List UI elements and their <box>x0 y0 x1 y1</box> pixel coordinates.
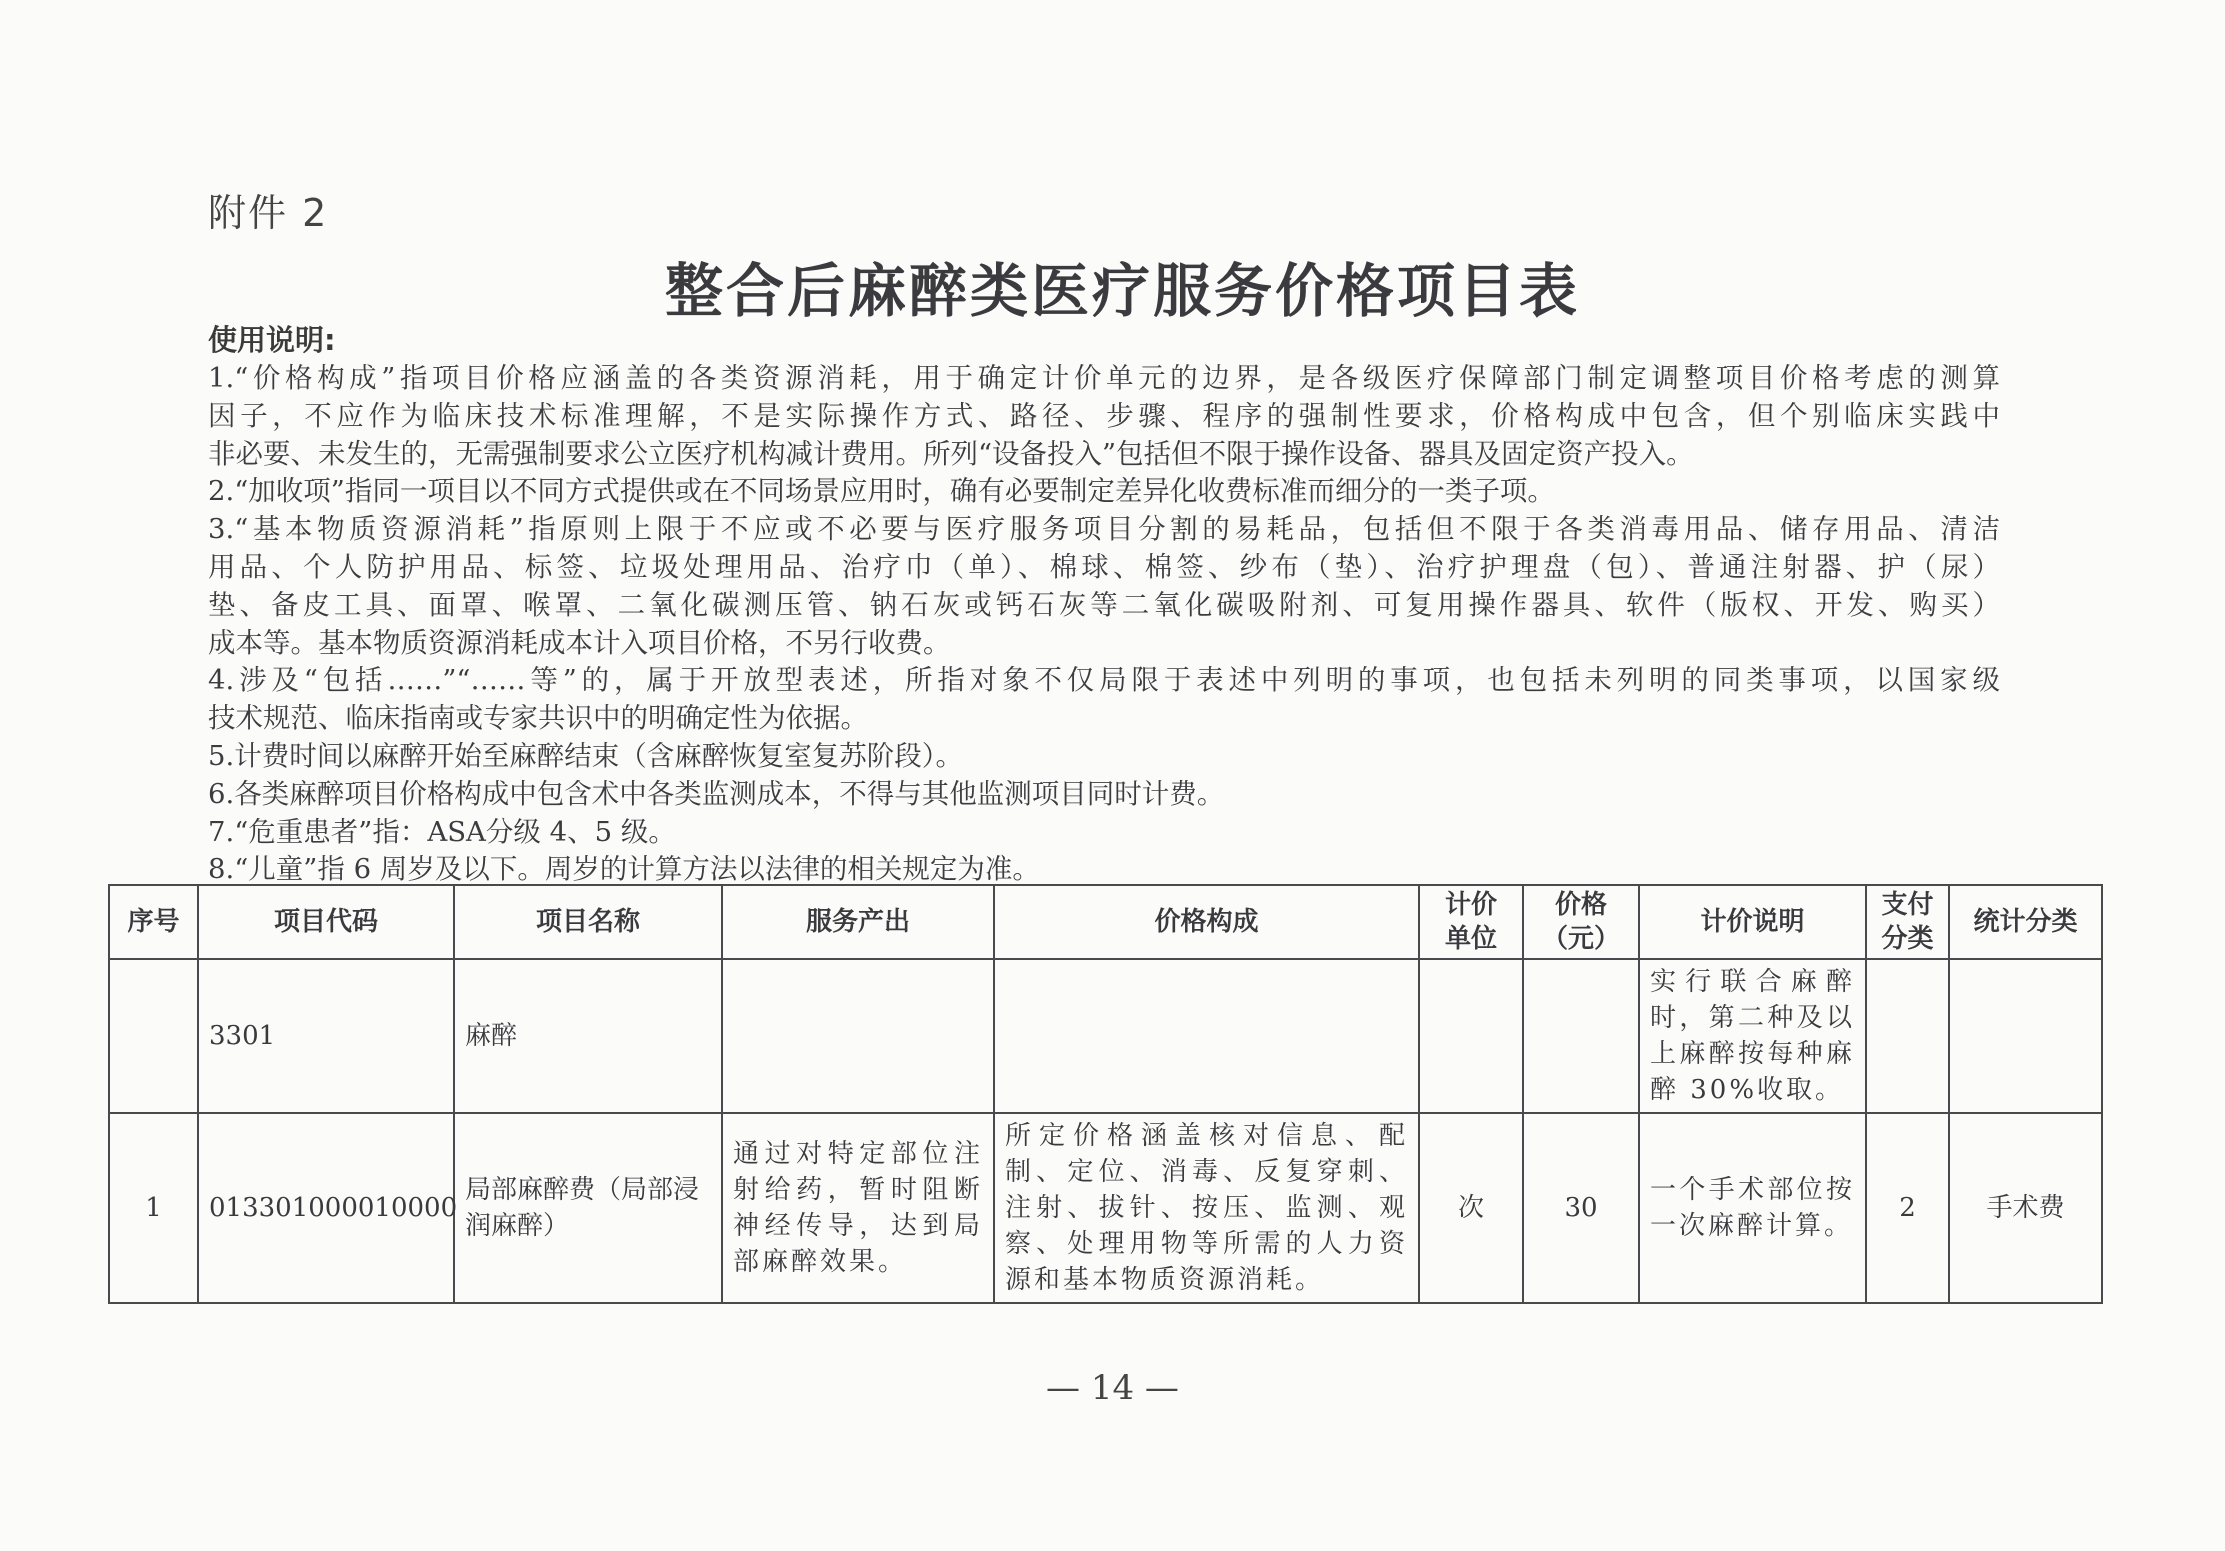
cell-code: 3301 <box>198 959 454 1113</box>
note-line: 6.各类麻醉项目价格构成中包含术中各类监测成本，不得与其他监测项目同时计费。 <box>208 776 2000 814</box>
cell-stat-class: 手术费 <box>1949 1113 2102 1303</box>
note-line: 成本等。基本物质资源消耗成本计入项目价格，不另行收费。 <box>208 625 2000 663</box>
cell-pay-class <box>1866 959 1949 1113</box>
note-line: 2.“加收项”指同一项目以不同方式提供或在不同场景应用时，确有必要制定差异化收费… <box>208 473 2000 511</box>
note-line: 非必要、未发生的，无需强制要求公立医疗机构减计费用。所列“设备投入”包括但不限于… <box>208 436 2000 474</box>
note-line: 垫、备皮工具、面罩、喉罩、二氧化碳测压管、钠石灰或钙石灰等二氧化碳吸附剂、可复用… <box>208 587 2000 625</box>
page-title: 整合后麻醉类医疗服务价格项目表 <box>0 244 2225 328</box>
note-line: 因子，不应作为临床技术标准理解，不是实际操作方式、路径、步骤、程序的强制性要求，… <box>208 398 2000 436</box>
cell-name: 局部麻醉费（局部浸润麻醉） <box>454 1113 722 1303</box>
header-seq: 序号 <box>109 885 198 959</box>
table-header-row: 序号 项目代码 项目名称 服务产出 价格构成 计价 单位 价格 （元） 计价说明… <box>109 885 2102 959</box>
attachment-label: 附件 2 <box>208 182 328 237</box>
cell-seq <box>109 959 198 1113</box>
cell-pay-class: 2 <box>1866 1113 1949 1303</box>
header-pay-class: 支付 分类 <box>1866 885 1949 959</box>
note-line: 5.计费时间以麻醉开始至麻醉结束（含麻醉恢复室复苏阶段）。 <box>208 738 2000 776</box>
cell-output <box>722 959 994 1113</box>
cell-output: 通过对特定部位注射给药，暂时阻断神经传导，达到局部麻醉效果。 <box>722 1113 994 1303</box>
cell-unit: 次 <box>1419 1113 1523 1303</box>
cell-unit <box>1419 959 1523 1113</box>
page-number: — 14 — <box>0 1368 2225 1408</box>
cell-price <box>1523 959 1639 1113</box>
note-line: 3.“基本物质资源消耗”指原则上限于不应或不必要与医疗服务项目分割的易耗品，包括… <box>208 511 2000 549</box>
cell-composition: 所定价格涵盖核对信息、配制、定位、消毒、反复穿刺、注射、拔针、按压、监测、观察、… <box>994 1113 1419 1303</box>
cell-stat-class <box>1949 959 2102 1113</box>
cell-code: 013301000010000 <box>198 1113 454 1303</box>
header-note: 计价说明 <box>1639 885 1866 959</box>
cell-note: 一个手术部位按一次麻醉计算。 <box>1639 1113 1866 1303</box>
header-code: 项目代码 <box>198 885 454 959</box>
usage-heading: 使用说明: <box>208 318 336 359</box>
header-name: 项目名称 <box>454 885 722 959</box>
note-line: 1.“价格构成”指项目价格应涵盖的各类资源消耗，用于确定计价单元的边界，是各级医… <box>208 360 2000 398</box>
cell-note: 实行联合麻醉时，第二种及以上麻醉按每种麻醉 30%收取。 <box>1639 959 1866 1113</box>
table-row: 1 013301000010000 局部麻醉费（局部浸润麻醉） 通过对特定部位注… <box>109 1113 2102 1303</box>
usage-notes: 1.“价格构成”指项目价格应涵盖的各类资源消耗，用于确定计价单元的边界，是各级医… <box>208 360 2008 889</box>
cell-composition <box>994 959 1419 1113</box>
cell-name: 麻醉 <box>454 959 722 1113</box>
cell-price: 30 <box>1523 1113 1639 1303</box>
price-items-table: 序号 项目代码 项目名称 服务产出 价格构成 计价 单位 价格 （元） 计价说明… <box>108 884 2103 1304</box>
note-line: 用品、个人防护用品、标签、垃圾处理用品、治疗巾（单）、棉球、棉签、纱布（垫）、治… <box>208 549 2000 587</box>
header-price: 价格 （元） <box>1523 885 1639 959</box>
note-line: 7.“危重患者”指：ASA分级 4、5 级。 <box>208 814 2000 852</box>
header-stat-class: 统计分类 <box>1949 885 2102 959</box>
table-row: 3301 麻醉 实行联合麻醉时，第二种及以上麻醉按每种麻醉 30%收取。 <box>109 959 2102 1113</box>
note-line: 技术规范、临床指南或专家共识中的明确定性为依据。 <box>208 700 2000 738</box>
header-output: 服务产出 <box>722 885 994 959</box>
note-line: 4.涉及“包括……”“……等”的，属于开放型表述，所指对象不仅局限于表述中列明的… <box>208 662 2000 700</box>
cell-seq: 1 <box>109 1113 198 1303</box>
header-unit: 计价 单位 <box>1419 885 1523 959</box>
header-composition: 价格构成 <box>994 885 1419 959</box>
